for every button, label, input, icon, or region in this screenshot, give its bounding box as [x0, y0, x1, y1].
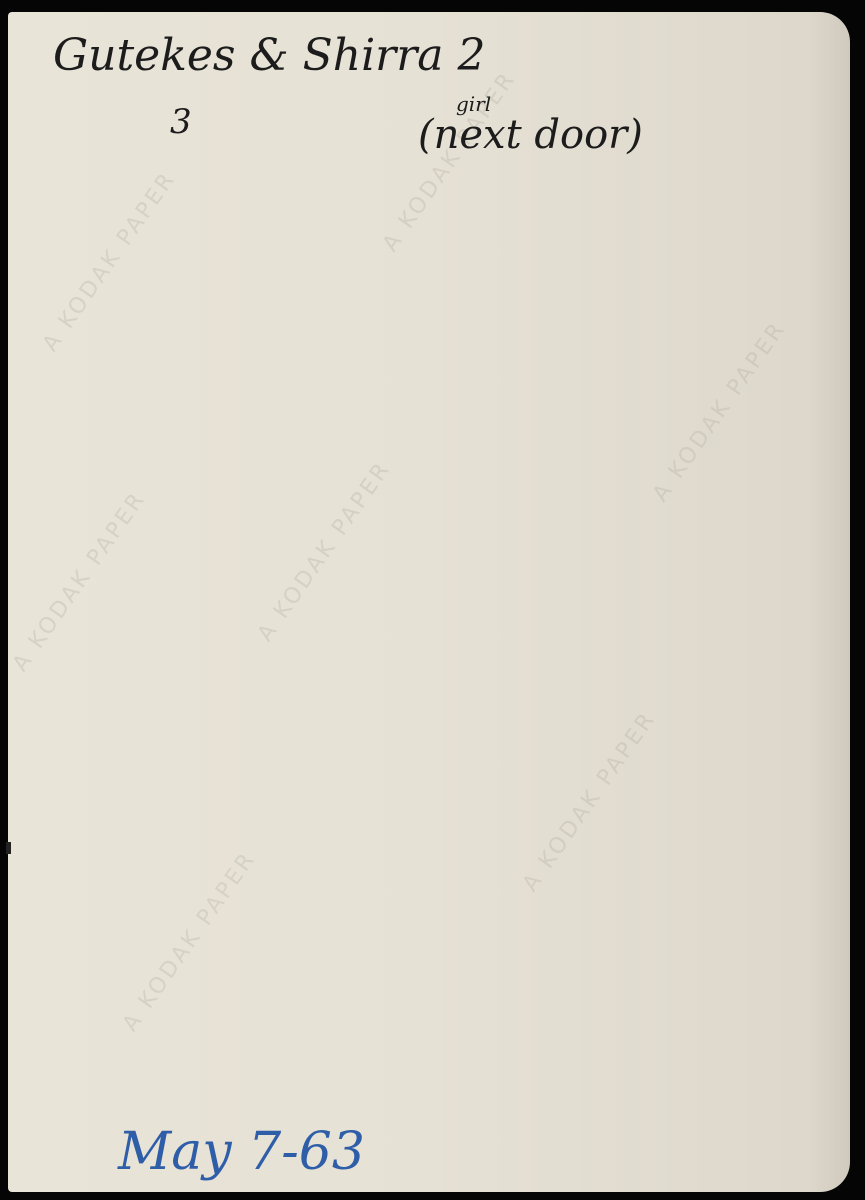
watermark: A KODAK PAPER	[648, 317, 791, 507]
handwritten-names: Gutekes & Shirra 2	[53, 30, 485, 81]
photo-back-paper: A KODAK PAPER A KODAK PAPER A KODAK PAPE…	[8, 12, 850, 1192]
watermark: A KODAK PAPER	[253, 457, 396, 647]
watermark: A KODAK PAPER	[8, 487, 151, 677]
watermark: A KODAK PAPER	[518, 707, 661, 897]
watermark: A KODAK PAPER	[378, 67, 521, 257]
watermark: A KODAK PAPER	[38, 167, 181, 357]
scan-mark	[6, 842, 11, 854]
handwritten-age-3: 3	[170, 102, 192, 142]
handwritten-date: May 7-63	[118, 1122, 365, 1182]
watermark: A KODAK PAPER	[118, 847, 261, 1037]
handwritten-next-door: (next door)	[418, 112, 643, 158]
